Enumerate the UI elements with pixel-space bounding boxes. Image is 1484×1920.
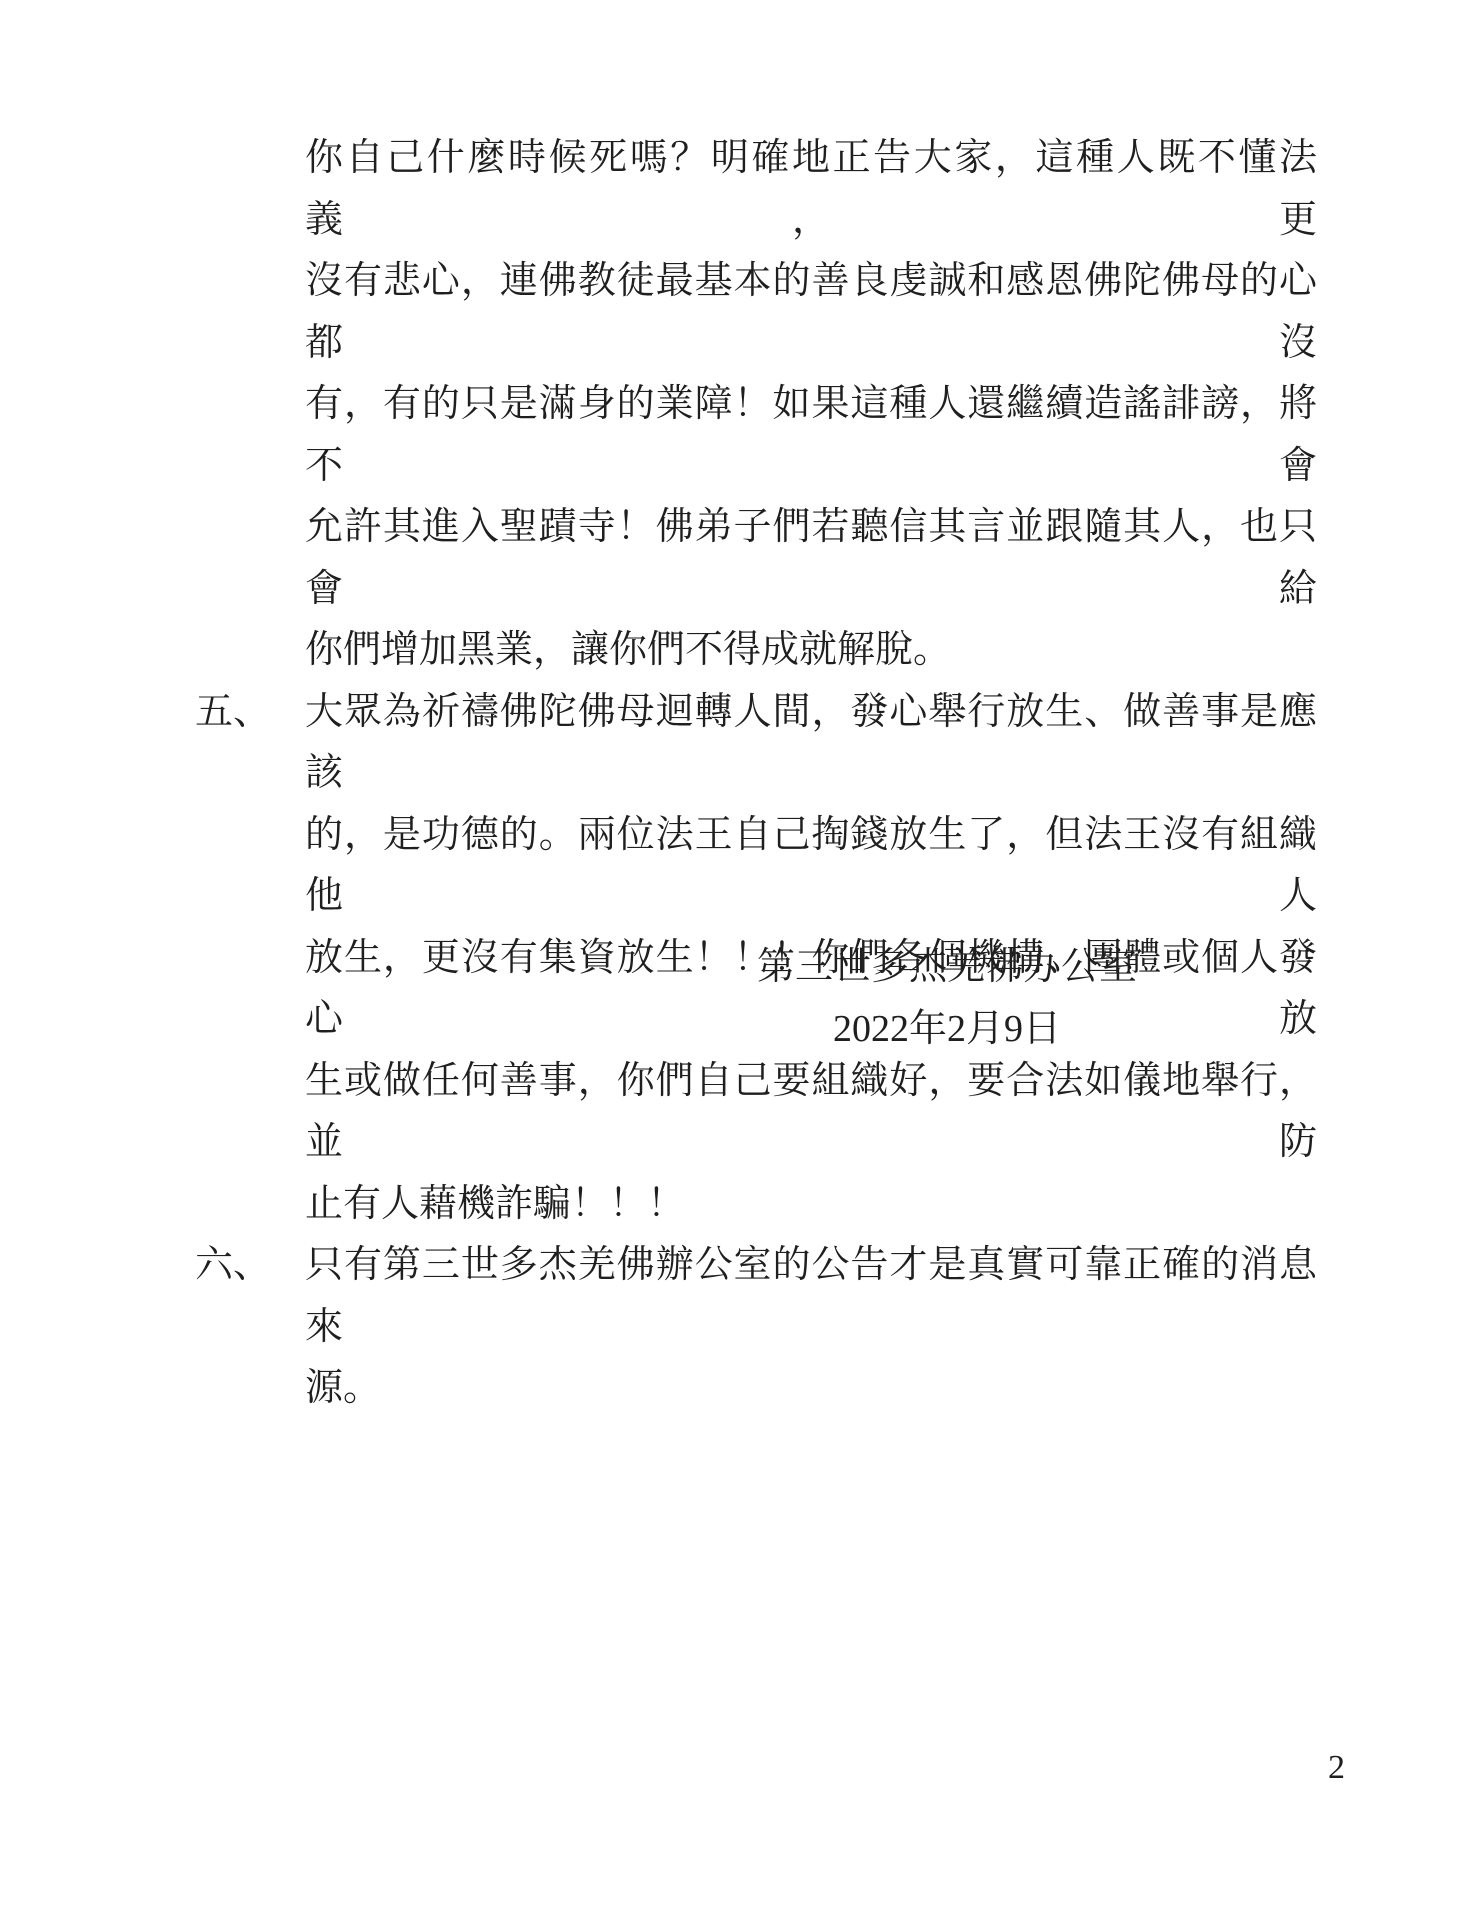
text-line: 的，是功德的。兩位法王自己掏錢放生了，但法王沒有組織他人 bbox=[305, 805, 1317, 928]
list-item-5: 五、 大眾為祈禱佛陀佛母迴轉人間，發心舉行放生、做善事是應該 的，是功德的。兩位… bbox=[0, 682, 1484, 1236]
text-line: 生或做任何善事，你們自己要組織好，要合法如儀地舉行，並防 bbox=[305, 1051, 1317, 1174]
list-item-number: 六、 bbox=[195, 1235, 271, 1297]
paragraph-continuation: 你自己什麼時候死嗎？明確地正告大家，這種人既不懂法義，更 沒有悲心，連佛教徒最基… bbox=[305, 128, 1317, 682]
list-item-text: 只有第三世多杰羌佛辦公室的公告才是真實可靠正確的消息來 源。 bbox=[305, 1235, 1317, 1420]
text-line: 只有第三世多杰羌佛辦公室的公告才是真實可靠正確的消息來 bbox=[305, 1235, 1317, 1358]
text-line: 止有人藉機詐騙！！！ bbox=[305, 1174, 1317, 1236]
list-item-6: 六、 只有第三世多杰羌佛辦公室的公告才是真實可靠正確的消息來 源。 bbox=[0, 1235, 1484, 1420]
page-number: 2 bbox=[1328, 1748, 1345, 1789]
signature-org: 第三世多杰羌佛办公室 bbox=[755, 936, 1139, 998]
signature-date: 2022年2月9日 bbox=[755, 998, 1139, 1060]
signature-block: 第三世多杰羌佛办公室 2022年2月9日 bbox=[755, 936, 1139, 1060]
document-page: 你自己什麼時候死嗎？明確地正告大家，這種人既不懂法義，更 沒有悲心，連佛教徒最基… bbox=[0, 0, 1484, 1920]
text-line: 你自己什麼時候死嗎？明確地正告大家，這種人既不懂法義，更 bbox=[305, 128, 1317, 251]
text-line: 沒有悲心，連佛教徒最基本的善良虔誠和感恩佛陀佛母的心都沒 bbox=[305, 251, 1317, 374]
text-line: 允許其進入聖蹟寺！佛弟子們若聽信其言並跟隨其人，也只會給 bbox=[305, 497, 1317, 620]
text-line: 源。 bbox=[305, 1358, 1317, 1420]
text-line: 大眾為祈禱佛陀佛母迴轉人間，發心舉行放生、做善事是應該 bbox=[305, 682, 1317, 805]
list-item-number: 五、 bbox=[195, 682, 271, 744]
document-body: 你自己什麼時候死嗎？明確地正告大家，這種人既不懂法義，更 沒有悲心，連佛教徒最基… bbox=[0, 128, 1484, 1420]
text-line: 你們增加黑業，讓你們不得成就解脫。 bbox=[305, 620, 1317, 682]
text-line: 有，有的只是滿身的業障！如果這種人還繼續造謠誹謗，將不會 bbox=[305, 374, 1317, 497]
